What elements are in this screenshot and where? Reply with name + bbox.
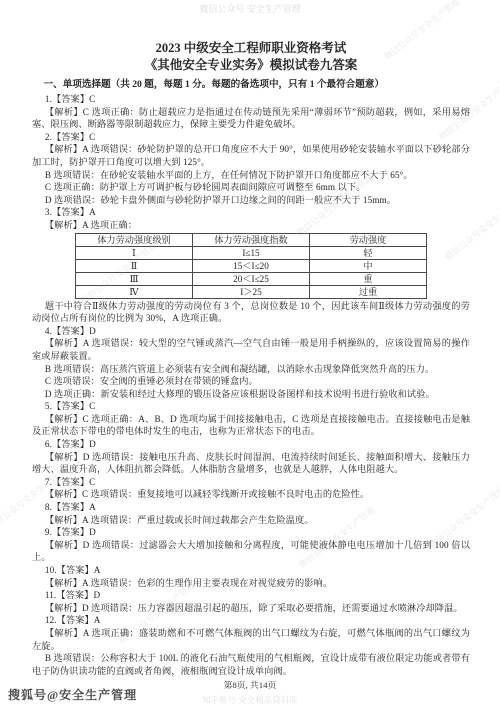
table-cell: Ⅲ xyxy=(76,272,193,285)
analysis-line: 题干中符合Ⅱ级体力劳动强度的劳动岗位有 3 个，总岗位数是 10 个，因此该车间… xyxy=(32,300,470,325)
answer-line: 3.【答案】A xyxy=(32,206,470,219)
answer-line: 2.【答案】C xyxy=(32,131,470,144)
table-cell: I＞25 xyxy=(193,285,310,298)
table-cell: 体力劳动强度指数 xyxy=(193,233,310,246)
answer-line: 11.【答案】D xyxy=(32,589,470,602)
analysis-line: B 选项错误：高压蒸汽管道上必须装有安全阀和凝结罐，以消除水击现象降低突然升高的… xyxy=(32,363,470,376)
table-cell: 轻 xyxy=(310,246,427,259)
answer-line: 7.【答案】C xyxy=(32,476,470,489)
answer-line: 9.【答案】D xyxy=(32,526,470,539)
labor-strength-table: 体力劳动强度级别体力劳动强度指数劳动强度ⅠI≤15轻Ⅱ15＜I≤20中Ⅲ20＜I… xyxy=(75,233,427,299)
analysis-line: D 选项正确：新安装和经过大修理的锻压设备应该根据设备图样和技术说明书进行验收和… xyxy=(32,388,470,401)
answer-line: 6.【答案】D xyxy=(32,438,470,451)
analysis-line: B 选项错误：在砂轮安装轴水平面的上方，在任何情况下防护罩开口角度都应不大于 6… xyxy=(32,169,470,182)
table-cell: I≤15 xyxy=(193,246,310,259)
analysis-line: 【解析】D 选项错误：接触电压升高、皮肤长时间湿润、电流持续时间延长、接触面积增… xyxy=(32,451,470,476)
table-cell: 重 xyxy=(310,272,427,285)
analysis-line: 【解析】C 选项正确：A、B、D 选项均属于间接接触电击，C 选项是直接接触电击… xyxy=(32,413,470,438)
analysis-line: 【解析】A 选项错误：较大型的空气锤或蒸汽—空气自由锤一般是用手柄操纵的，应该设… xyxy=(32,337,470,362)
analysis-line: 【解析】A 选项错误：严重过载或长时间过载都会产生危险温度。 xyxy=(32,514,470,527)
analysis-line: B 选项错误：公称容积大于 100L 的液化石油气瓶使用的气相瓶阀，宜设计成带有… xyxy=(32,652,470,677)
document-title-line1: 2023 中级安全工程师职业资格考试 xyxy=(32,40,470,57)
table-cell: 过重 xyxy=(310,285,427,298)
table-cell: Ⅰ xyxy=(76,246,193,259)
table-cell: 20＜I≤25 xyxy=(193,272,310,285)
analysis-line: 【解析】C 选项正确：防止超载应力是指通过在传动链预先采用“薄弱环节”预防超载，… xyxy=(32,106,470,131)
analysis-line: 【解析】D 选项错误：过滤器会大大增加接触和分离程度，可能使液体静电电压增加十几… xyxy=(32,539,470,564)
table-cell: Ⅱ xyxy=(76,259,193,272)
analysis-line: 【解析】A 选项错误：色彩的生理作用主要表现在对视觉疲劳的影响。 xyxy=(32,577,470,590)
table-cell: 劳动强度 xyxy=(310,233,427,246)
table-cell: 15＜I≤20 xyxy=(193,259,310,272)
answer-line: 10.【答案】A xyxy=(32,564,470,577)
analysis-line: C 选项错误：安全阀的重锤必须封在带锁的锤盒内。 xyxy=(32,375,470,388)
analysis-line: 【解析】A 选项错误：砂轮防护罩的总开口角度应不大于 90°，如果使用砂轮安装轴… xyxy=(32,143,470,168)
table-cell: Ⅳ xyxy=(76,285,193,298)
analysis-line: 【解析】C 选项错误：重复接地可以减轻零线断开或接触不良时电击的危险性。 xyxy=(32,488,470,501)
analysis-line: 【解析】A 选项正确： xyxy=(32,219,470,232)
content-area: 1.【答案】C【解析】C 选项正确：防止超载应力是指通过在传动链预先采用“薄弱环… xyxy=(32,93,470,677)
document-title-line2: 《其他安全专业实务》模拟试卷九答案 xyxy=(32,57,470,74)
answer-line: 5.【答案】C xyxy=(32,400,470,413)
answer-line: 1.【答案】C xyxy=(32,93,470,106)
analysis-line: 【解析】D 选项错误：压力容器因超温引起的超压，除了采取必要措施，还需要通过水喷… xyxy=(32,602,470,615)
analysis-line: D 选项错误：砂轮卡盘外侧面与砂轮防护罩开口边缘之间的间距一般应不大于 15mm… xyxy=(32,194,470,207)
analysis-line: 【解析】A 选项正确：盛装助燃和不可燃气体瓶阀的出气口螺纹为右旋，可燃气体瓶阀的… xyxy=(32,627,470,652)
answer-line: 12.【答案】A xyxy=(32,614,470,627)
answer-line: 8.【答案】A xyxy=(32,501,470,514)
table-cell: 体力劳动强度级别 xyxy=(76,233,193,246)
document-page: 2023 中级安全工程师职业资格考试 《其他安全专业实务》模拟试卷九答案 一、单… xyxy=(0,0,500,707)
section-heading: 一、单项选择题（共 20 题，每题 1 分。每题的备选项中，只有 1 个最符合题… xyxy=(32,77,470,92)
table-cell: 中 xyxy=(310,259,427,272)
answer-line: 4.【答案】D xyxy=(32,325,470,338)
analysis-line: C 选项正确：防护罩上方可调护板与砂轮圆周表面间隙应可调整至 6mm 以下。 xyxy=(32,181,470,194)
source-tag: 搜狐号@安全生产管理 xyxy=(8,686,137,703)
